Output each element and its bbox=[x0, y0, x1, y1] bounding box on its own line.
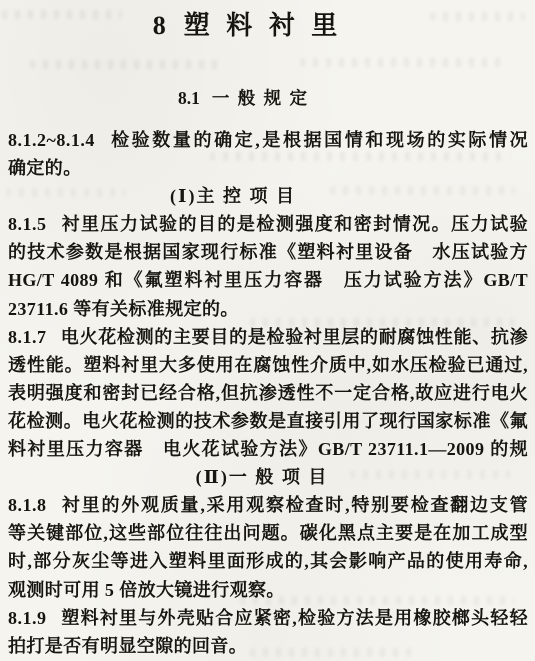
document-body: 8.1.2~8.1.4检验数量的确定,是根据国情和现场的实际情况确定的。(Ⅰ)主… bbox=[8, 126, 528, 660]
section-number: 8.1 bbox=[178, 88, 200, 108]
clause-text-line: 8.1.2~8.1.4检验数量的确定,是根据国情和现场的实际情况 bbox=[8, 126, 528, 154]
chapter-title: 8塑 料 衬 里 bbox=[0, 5, 495, 42]
scan-noise bbox=[30, 60, 220, 69]
clause-number: 8.1.8 bbox=[8, 495, 47, 515]
clause-text-line: 8.1.8衬里的外观质量,采用观察检查时,特别要检查翻边支管 bbox=[8, 491, 528, 519]
clause-text-line: 拍打是否有明显空隙的回音。 bbox=[8, 632, 528, 660]
clause-text-line: 料衬里压力容器 电火花试验方法》GB/T 23711.1—2009 的规定。 bbox=[8, 435, 528, 463]
clause-text-line: 23711.6 等有关标准规定的。 bbox=[8, 295, 528, 323]
clause-text-line: 透性能。塑料衬里大多使用在腐蚀性介质中,如水压检验已通过, bbox=[8, 351, 528, 379]
clause-text-line: 8.1.9塑料衬里与外壳贴合应紧密,检验方法是用橡胶榔头轻轻 bbox=[8, 604, 528, 632]
clause-text-line: 观测时可用 5 倍放大镜进行观察。 bbox=[8, 576, 528, 604]
clause-text-line: 等关键部位,这些部位往往出问题。碳化黑点主要是在加工成型 bbox=[8, 519, 528, 547]
scan-noise bbox=[300, 58, 505, 67]
clause-first-line-text: 电火花检测的主要目的是检验衬里层的耐腐蚀性能、抗渗 bbox=[61, 327, 529, 347]
clause-number: 8.1.5 bbox=[8, 214, 47, 234]
clause-number: 8.1.2~8.1.4 bbox=[8, 130, 95, 150]
clause-first-line-text: 衬里压力试验的目的是检测强度和密封情况。压力试验 bbox=[61, 214, 529, 234]
clause-text-line: 表明强度和密封已经合格,但抗渗透性不一定合格,故应进行电火 bbox=[8, 379, 528, 407]
clause-number: 8.1.9 bbox=[8, 608, 47, 628]
section-title: 8.1一 般 规 定 bbox=[0, 85, 487, 110]
clause-text-line: 的技术参数是根据国家现行标准《塑料衬里设备 水压试验方法》 bbox=[8, 238, 528, 266]
clause-first-line-text: 检验数量的确定,是根据国情和现场的实际情况 bbox=[109, 130, 528, 150]
chapter-title-text: 塑 料 衬 里 bbox=[184, 11, 343, 40]
clause-text-line: 8.1.7电火花检测的主要目的是检验衬里层的耐腐蚀性能、抗渗 bbox=[8, 323, 528, 351]
clause-text-line: HG/T 4089 和《氟塑料衬里压力容器 压力试验方法》GB/T bbox=[8, 266, 528, 294]
clause-first-line-text: 衬里的外观质量,采用观察检查时,特别要检查翻边支管 bbox=[61, 495, 529, 515]
clause-number: 8.1.7 bbox=[8, 327, 47, 347]
chapter-number: 8 bbox=[153, 11, 166, 40]
clause-text-line: 时,部分灰尘等进入塑料里面形成的,其会影响产品的使用寿命, bbox=[8, 547, 528, 575]
item-category-subheading: (Ⅱ)一 般 项 目 bbox=[8, 463, 528, 491]
clause-first-line-text: 塑料衬里与外壳贴合应紧密,检验方法是用橡胶榔头轻轻 bbox=[61, 608, 529, 628]
clause-text-line: 花检测。电火花检测的技术参数是直接引用了现行国家标准《氟塑 bbox=[8, 407, 528, 435]
clause-text-line: 确定的。 bbox=[8, 154, 528, 182]
section-title-text: 一 般 规 定 bbox=[212, 88, 309, 108]
clause-text-line: 8.1.5衬里压力试验的目的是检测强度和密封情况。压力试验 bbox=[8, 210, 528, 238]
scanned-document-page: 8塑 料 衬 里 8.1一 般 规 定 8.1.2~8.1.4检验数量的确定,是… bbox=[0, 0, 535, 661]
item-category-subheading: (Ⅰ)主 控 项 目 bbox=[8, 182, 528, 210]
